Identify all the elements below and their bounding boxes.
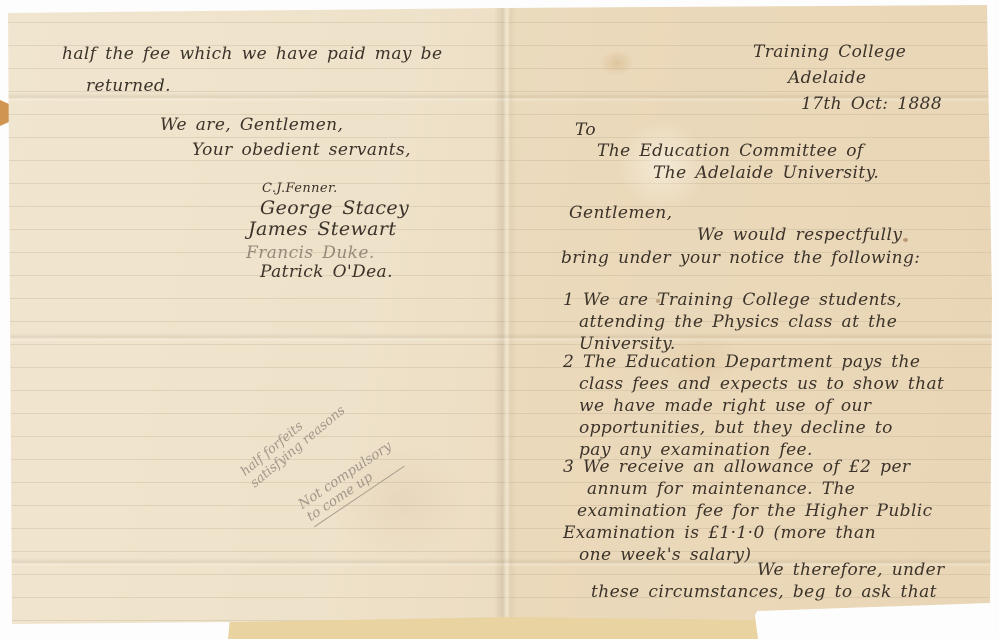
- letter-left-page: half the fee which we have paid may be r…: [0, 0, 505, 639]
- heading-line: Adelaide: [788, 68, 866, 88]
- letter-line: attending the Physics class at the: [579, 312, 897, 332]
- letter-line: annum for maintenance. The: [587, 479, 855, 499]
- letter-line: opportunities, but they decline to: [579, 418, 893, 438]
- signature: Patrick O'Dea.: [260, 262, 393, 282]
- letter-line: We would respectfully: [697, 225, 902, 245]
- date-line: 17th Oct: 1888: [801, 94, 942, 114]
- pencil-annotation: Not compulsory to come up: [296, 439, 405, 527]
- closing-line: We are, Gentlemen,: [160, 115, 343, 135]
- letter-line: 1 We are Training College students,: [563, 290, 902, 310]
- closing-line: Your obedient servants,: [192, 140, 411, 160]
- letter-line: we have made right use of our: [579, 396, 871, 416]
- letter-sheet: half the fee which we have paid may be r…: [0, 0, 999, 639]
- address-line: The Adelaide University.: [653, 163, 879, 183]
- letter-line: Examination is £1·1·0 (more than: [563, 523, 876, 543]
- address-line: The Education Committee of: [597, 141, 864, 161]
- letter-line: 2 The Education Department pays the: [563, 352, 920, 372]
- letter-line: half the fee which we have paid may be: [62, 44, 442, 64]
- letter-line: 3 We receive an allowance of £2 per: [563, 457, 910, 477]
- signature: George Stacey: [260, 197, 409, 219]
- closing-line: We therefore, under: [757, 560, 945, 580]
- letter-line: returned.: [86, 76, 171, 96]
- heading-line: Training College: [753, 42, 906, 62]
- signature: James Stewart: [248, 218, 396, 240]
- letter-right-page: Training College Adelaide 17th Oct: 1888…: [505, 0, 999, 639]
- letter-line: examination fee for the Higher Public: [577, 501, 933, 521]
- address-line: To: [575, 120, 596, 140]
- letter-line: class fees and expects us to show that: [579, 374, 944, 394]
- salutation: Gentlemen,: [569, 203, 672, 223]
- pencil-note-line: half forfeits: [238, 392, 339, 480]
- scanned-letter: half the fee which we have paid may be r…: [0, 0, 999, 639]
- letter-line: University.: [579, 334, 676, 354]
- closing-line: these circumstances, beg to ask that: [591, 582, 937, 602]
- signature: C.J.Fenner.: [262, 181, 338, 196]
- letter-line: bring under your notice the following:: [561, 248, 920, 268]
- signature: Francis Duke.: [246, 243, 375, 263]
- letter-line: one week's salary): [579, 545, 751, 565]
